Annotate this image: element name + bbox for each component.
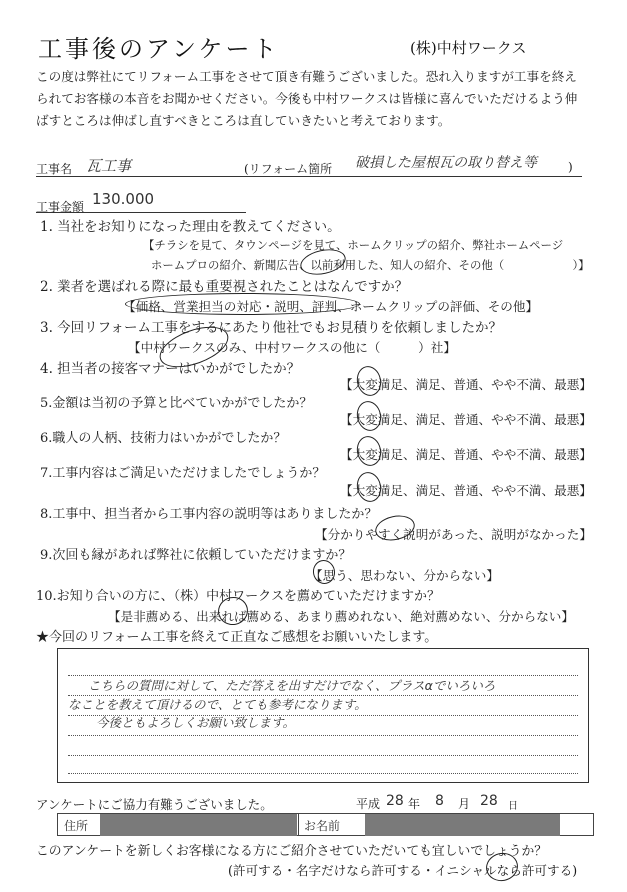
date-year[interactable]: 28 xyxy=(386,793,404,809)
name-label: お名前 xyxy=(304,817,340,834)
answer-circle xyxy=(354,399,384,433)
question-7: 7.工事内容はご満足いただけましたでしょうか？ xyxy=(40,462,325,481)
location-close: ) xyxy=(568,160,573,174)
address-label: 住所 xyxy=(64,817,88,834)
question-8-options[interactable]: 【分かりやすく説明があった、説明がなかった】 xyxy=(315,524,592,543)
job-name-value[interactable]: 瓦工事 xyxy=(86,155,131,176)
intro-line-2: られてお客様の本音をお聞かせください。今後も中村ワークスは皆様に喜んでいただける… xyxy=(36,88,577,110)
thanks-text: アンケートにご協力有難うございました。 xyxy=(36,795,273,813)
contact-table: 住所 お名前 xyxy=(57,813,594,836)
ruled-line xyxy=(68,773,578,774)
company-name: (株)中村ワークス xyxy=(410,37,527,58)
date-year-unit: 年 xyxy=(408,795,420,812)
question-10-options[interactable]: 【是非薦める、出来れば薦める、あまり薦めれない、絶対薦めない、分からない】 xyxy=(108,606,574,625)
question-2: 2. 業者を選ばれる際に最も重要視されたことはなんですか？ xyxy=(40,275,408,295)
answer-circle xyxy=(354,470,384,504)
intro-line-1: この度は弊社にてリフォーム工事をさせて頂き有難うございました。恐れ入りますが工事… xyxy=(36,66,577,88)
question-6: 6.職人の人柄、技術力はいかがでしたか？ xyxy=(40,427,286,446)
comment-line-3: 今後ともよろしくお願い致します。 xyxy=(96,713,295,731)
answer-circle xyxy=(125,293,360,315)
question-3: 3. 今回リフォーム工事をするにあたり他社でもお見積りを依頼しましたか？ xyxy=(40,316,502,336)
permission-question: このアンケートを新しくお客様になる方にご紹介させていただいても宜しいでしょうか？ xyxy=(36,840,547,859)
date-era: 平成 xyxy=(356,795,380,812)
date-month-unit: 月 xyxy=(458,795,470,812)
question-1: 1. 当社をお知りになった理由を教えてください。 xyxy=(40,215,341,235)
date-month[interactable]: 8 xyxy=(435,793,444,809)
question-9: 9.次回も縁があれば弊社に依頼していただけますか？ xyxy=(40,544,351,563)
comment-line-1: こちらの質問に対して、ただ答えを出すだけでなく、プラスαでいろいろ xyxy=(88,676,495,694)
amount-value[interactable]: 130.000 xyxy=(92,190,154,208)
page-title: 工事後のアンケート xyxy=(38,29,280,64)
amount-label: 工事金額 xyxy=(36,198,84,215)
job-name-label: 工事名 xyxy=(36,160,72,177)
location-value[interactable]: 破損した屋根瓦の取り替え等 xyxy=(355,152,537,172)
cell-divider xyxy=(298,814,299,836)
address-redacted xyxy=(100,814,297,836)
question-8: 8.工事中、担当者から工事内容の説明等はありましたか？ xyxy=(40,503,377,522)
question-1-options-line-1[interactable]: 【チラシを見て、タウンページを見て、ホームクリップの紹介、弊社ホームページ xyxy=(143,237,563,253)
question-9-options[interactable]: 【思う、思わない、分からない】 xyxy=(310,565,499,584)
comments-prompt: ★今回のリフォーム工事を終えて正直なご感想をお願いいたします。 xyxy=(36,626,437,645)
question-4: 4. 担当者の接客マナーはいかがでしたか？ xyxy=(40,357,300,377)
name-redacted xyxy=(365,814,560,836)
answer-circle xyxy=(354,434,384,468)
answer-circle xyxy=(354,364,384,398)
date-day-unit: 日 xyxy=(508,797,518,812)
question-1-options-line-2[interactable]: ホームプロの紹介、新聞広告、以前利用した、知人の紹介、その他（ ）】 xyxy=(151,257,590,273)
ruled-line xyxy=(68,755,578,756)
ruled-line xyxy=(68,735,578,736)
intro-line-3: ばすところは伸ばし直すべきところは直していきたいと考えております。 xyxy=(36,110,450,132)
comment-line-2: なことを教えて頂けるので、とても参考になります。 xyxy=(68,695,367,713)
permission-options[interactable]: (許可する・名字だけなら許可する・イニシャルなら許可する) xyxy=(228,860,577,879)
date-day[interactable]: 28 xyxy=(480,793,498,809)
question-5: 5.金額は当初の予算と比べていかがでしたか？ xyxy=(40,392,312,411)
comments-box[interactable]: こちらの質問に対して、ただ答えを出すだけでなく、プラスαでいろいろ なことを教え… xyxy=(57,648,589,783)
location-label: (リフォーム箇所 xyxy=(244,160,332,177)
